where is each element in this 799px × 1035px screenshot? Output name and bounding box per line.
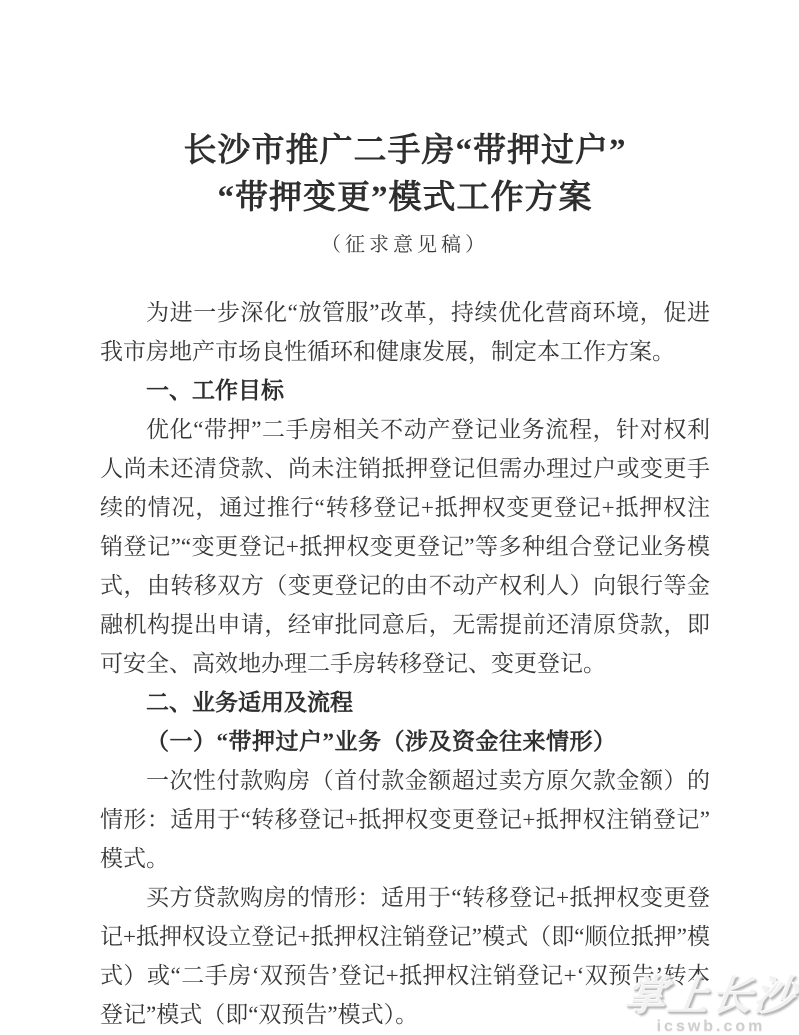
document-body: 为进一步深化“放管服”改革，持续优化营商环境，促进我市房地产市场良性循环和健康发…	[100, 293, 710, 1034]
document-content: 长沙市推广二手房“带押过户” “带押变更”模式工作方案 （征求意见稿） 为进一步…	[0, 0, 799, 1034]
document-title-line1: 长沙市推广二手房“带押过户”	[100, 128, 710, 175]
document-title: 长沙市推广二手房“带押过户” “带押变更”模式工作方案	[100, 128, 710, 222]
section1-paragraph: 优化“带押”二手房相关不动产登记业务流程，针对权利人尚未还清贷款、尚未注销抵押登…	[100, 410, 710, 683]
section2-paragraph1: 一次性付款购房（首付款金额超过卖方原欠款金额）的情形：适用于“转移登记+抵押权变…	[100, 761, 710, 878]
section2-subheading1: （一）“带押过户”业务（涉及资金往来情形）	[100, 722, 710, 761]
intro-paragraph: 为进一步深化“放管服”改革，持续优化营商环境，促进我市房地产市场良性循环和健康发…	[100, 293, 710, 371]
section2-paragraph2: 买方贷款购房的情形：适用于“转移登记+抵押权变更登记+抵押权设立登记+抵押权注销…	[100, 878, 710, 1034]
section2-heading: 二、业务适用及流程	[100, 683, 710, 722]
section1-heading: 一、工作目标	[100, 371, 710, 410]
document-subtitle: （征求意见稿）	[100, 231, 710, 259]
document-title-line2: “带押变更”模式工作方案	[100, 175, 710, 222]
document-page: 长沙市推广二手房“带押过户” “带押变更”模式工作方案 （征求意见稿） 为进一步…	[0, 0, 799, 1035]
